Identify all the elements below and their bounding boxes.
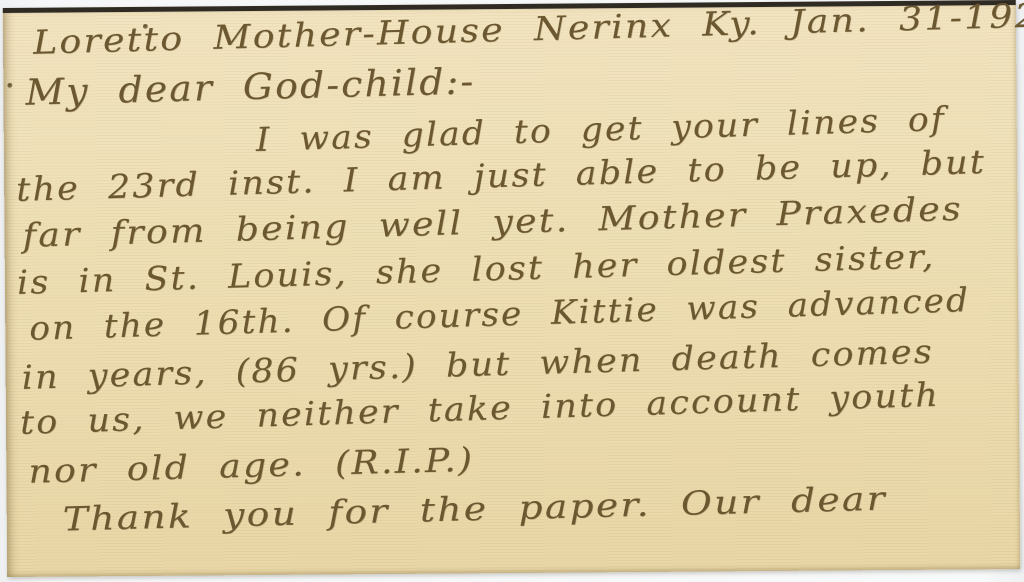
body-line-9: Thank you for the paper. Our dear — [62, 479, 887, 539]
postcard: Loretto Mother-House Nerinx Ky. Jan. 31-… — [3, 0, 1020, 577]
heading-dateline: Loretto Mother-House Nerinx Ky. Jan. 31-… — [33, 0, 1024, 62]
salutation-line: My dear God-child:- — [25, 61, 476, 113]
handwriting-text-layer: Loretto Mother-House Nerinx Ky. Jan. 31-… — [3, 5, 1020, 577]
body-line-8: nor old age. (R.I.P.) — [28, 440, 475, 491]
